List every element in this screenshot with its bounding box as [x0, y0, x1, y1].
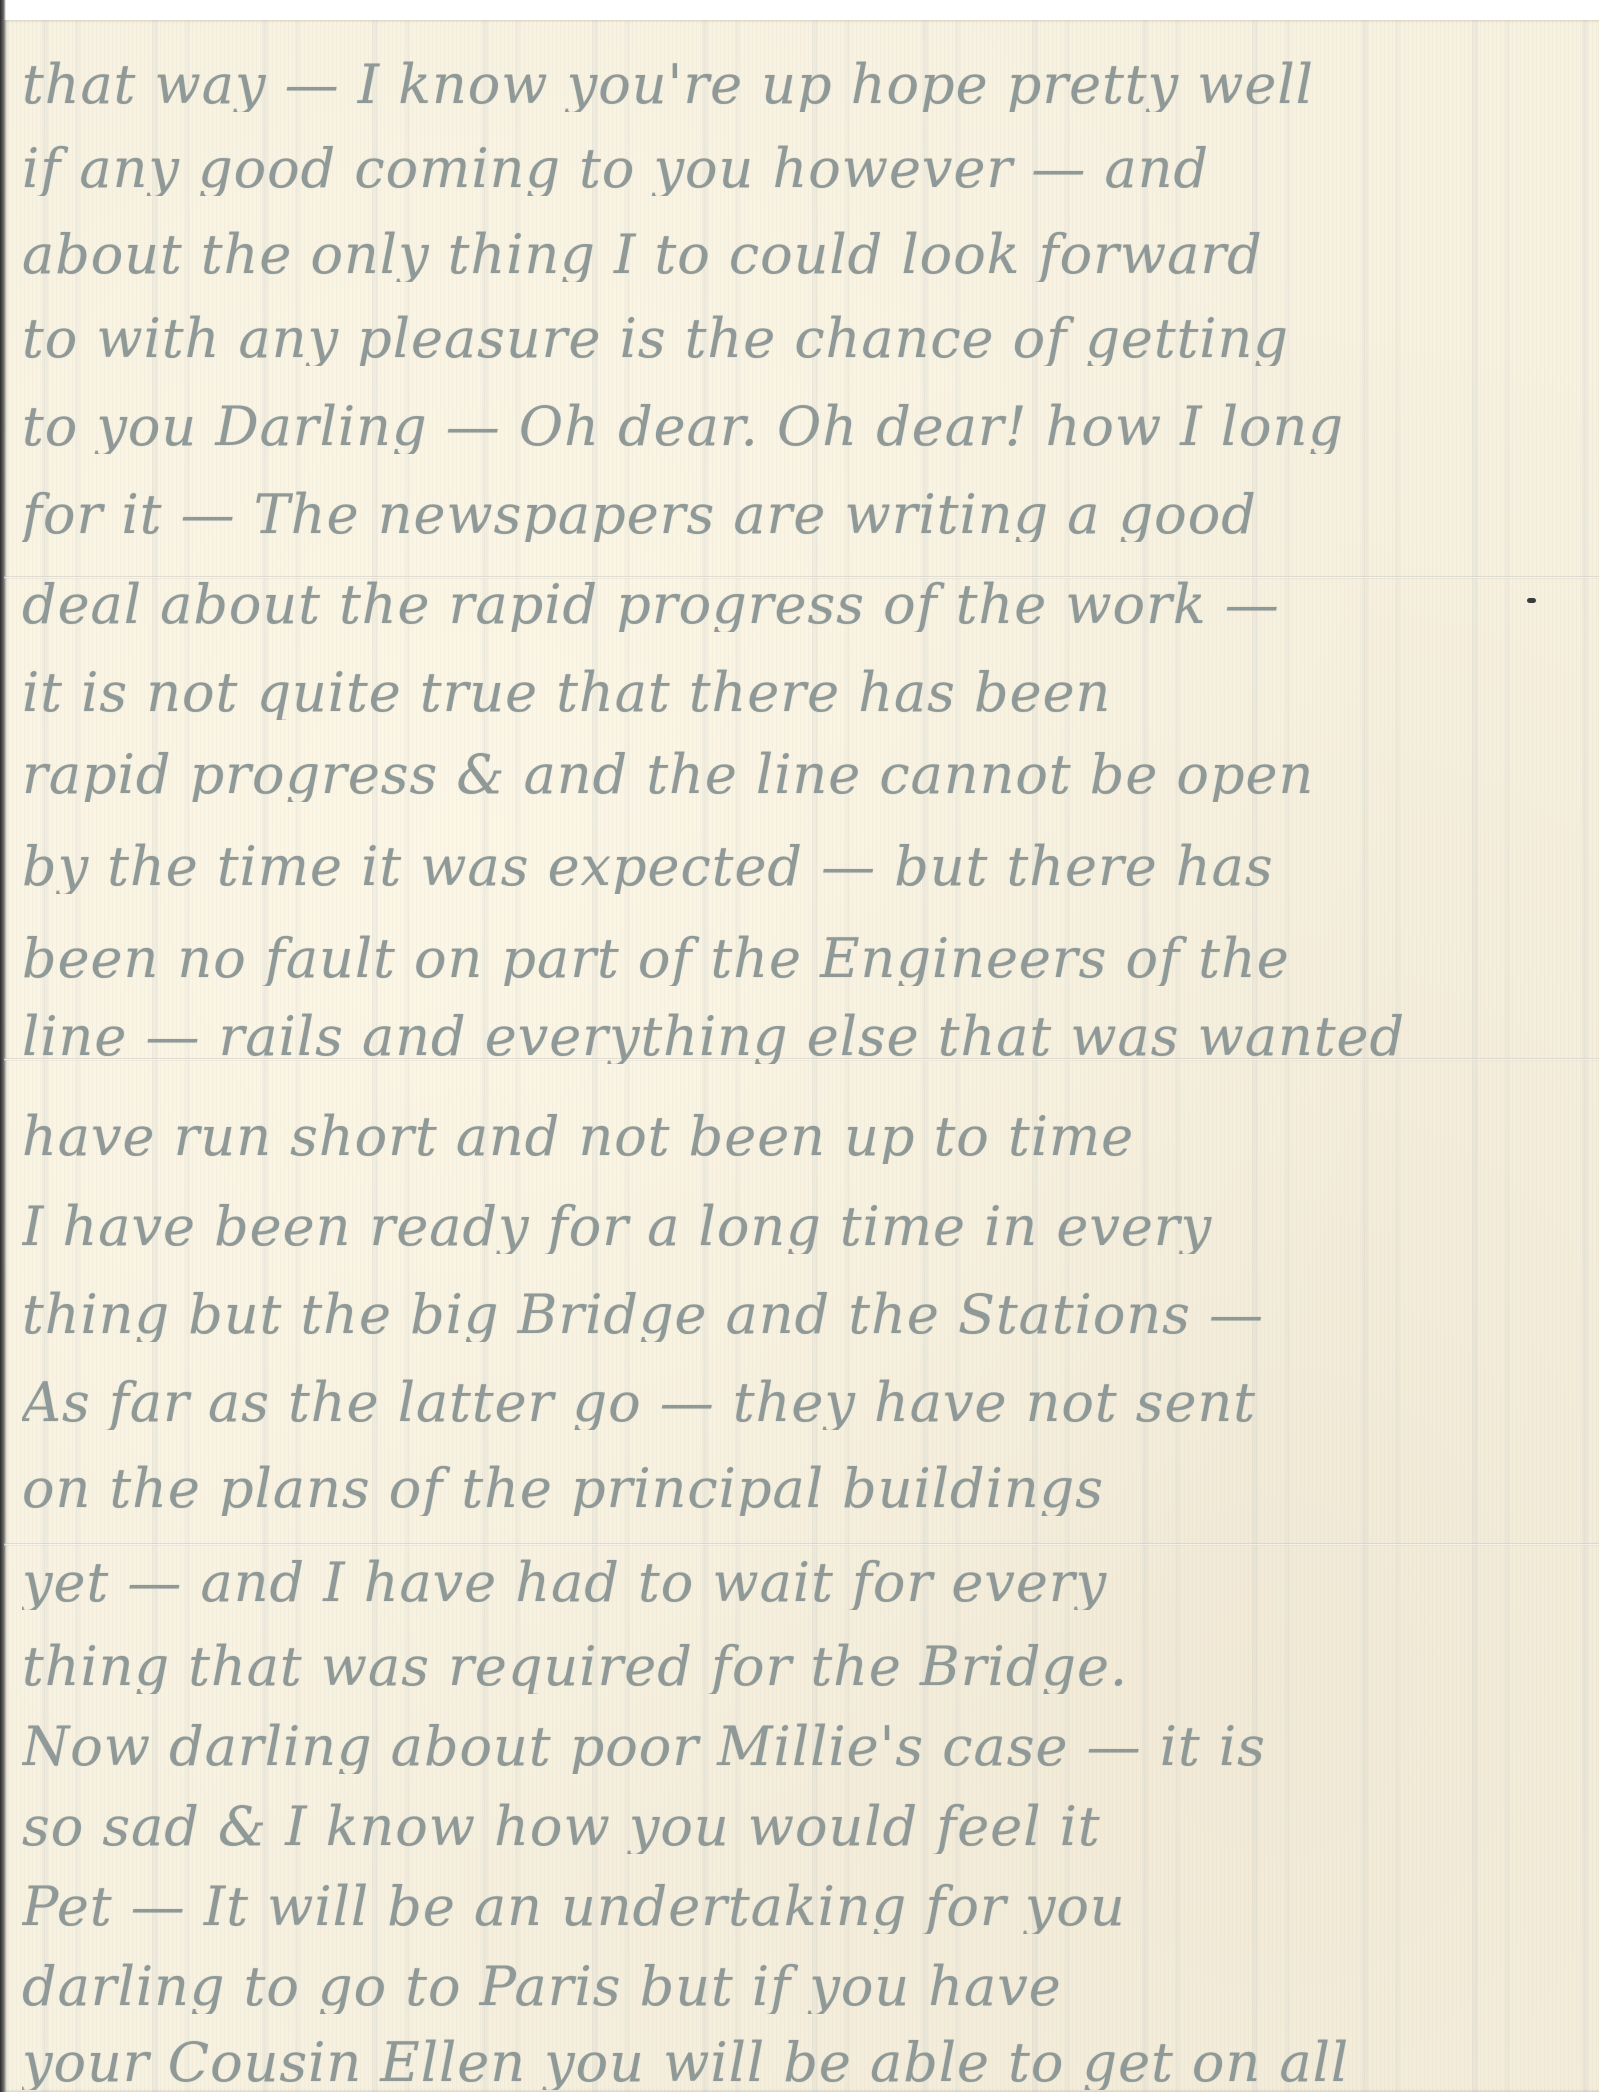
handwritten-line: line — rails and everything else that wa… [22, 1010, 1582, 1064]
handwritten-line: Pet — It will be an undertaking for you [22, 1880, 1582, 1934]
handwritten-line: to you Darling — Oh dear. Oh dear! how I… [22, 400, 1582, 454]
handwritten-line: to with any pleasure is the chance of ge… [22, 312, 1582, 366]
handwritten-line: by the time it was expected — but there … [22, 840, 1582, 894]
handwritten-line: rapid progress & and the line cannot be … [22, 748, 1582, 802]
fold-line-3 [4, 1543, 1599, 1546]
handwritten-line: your Cousin Ellen you will be able to ge… [22, 2036, 1582, 2090]
handwritten-line: thing that was required for the Bridge. [22, 1640, 1582, 1694]
handwritten-line: it is not quite true that there has been [22, 666, 1582, 720]
handwritten-line: thing but the big Bridge and the Station… [22, 1288, 1582, 1342]
handwritten-line: for it — The newspapers are writing a go… [22, 488, 1582, 542]
handwritten-line: if any good coming to you however — and [22, 142, 1582, 196]
handwritten-line: Now darling about poor Millie's case — i… [22, 1720, 1582, 1774]
handwritten-line: about the only thing I to could look for… [22, 228, 1582, 282]
handwritten-line: deal about the rapid progress of the wor… [22, 578, 1582, 632]
handwritten-line: been no fault on part of the Engineers o… [22, 932, 1582, 986]
handwritten-line: on the plans of the principal buildings [22, 1462, 1582, 1516]
scan-top-margin [0, 0, 1599, 20]
handwritten-line: I have been ready for a long time in eve… [22, 1200, 1582, 1254]
handwritten-line: have run short and not been up to time [22, 1110, 1582, 1164]
handwritten-line: so sad & I know how you would feel it [22, 1800, 1582, 1854]
scan-left-edge [0, 0, 6, 2092]
handwritten-line: that way — I know you're up hope pretty … [22, 58, 1582, 112]
handwritten-line: darling to go to Paris but if you have [22, 1960, 1582, 2014]
ink-mark [1527, 598, 1536, 603]
handwritten-line: As far as the latter go — they have not … [22, 1376, 1582, 1430]
handwritten-line: yet — and I have had to wait for every [22, 1556, 1582, 1610]
